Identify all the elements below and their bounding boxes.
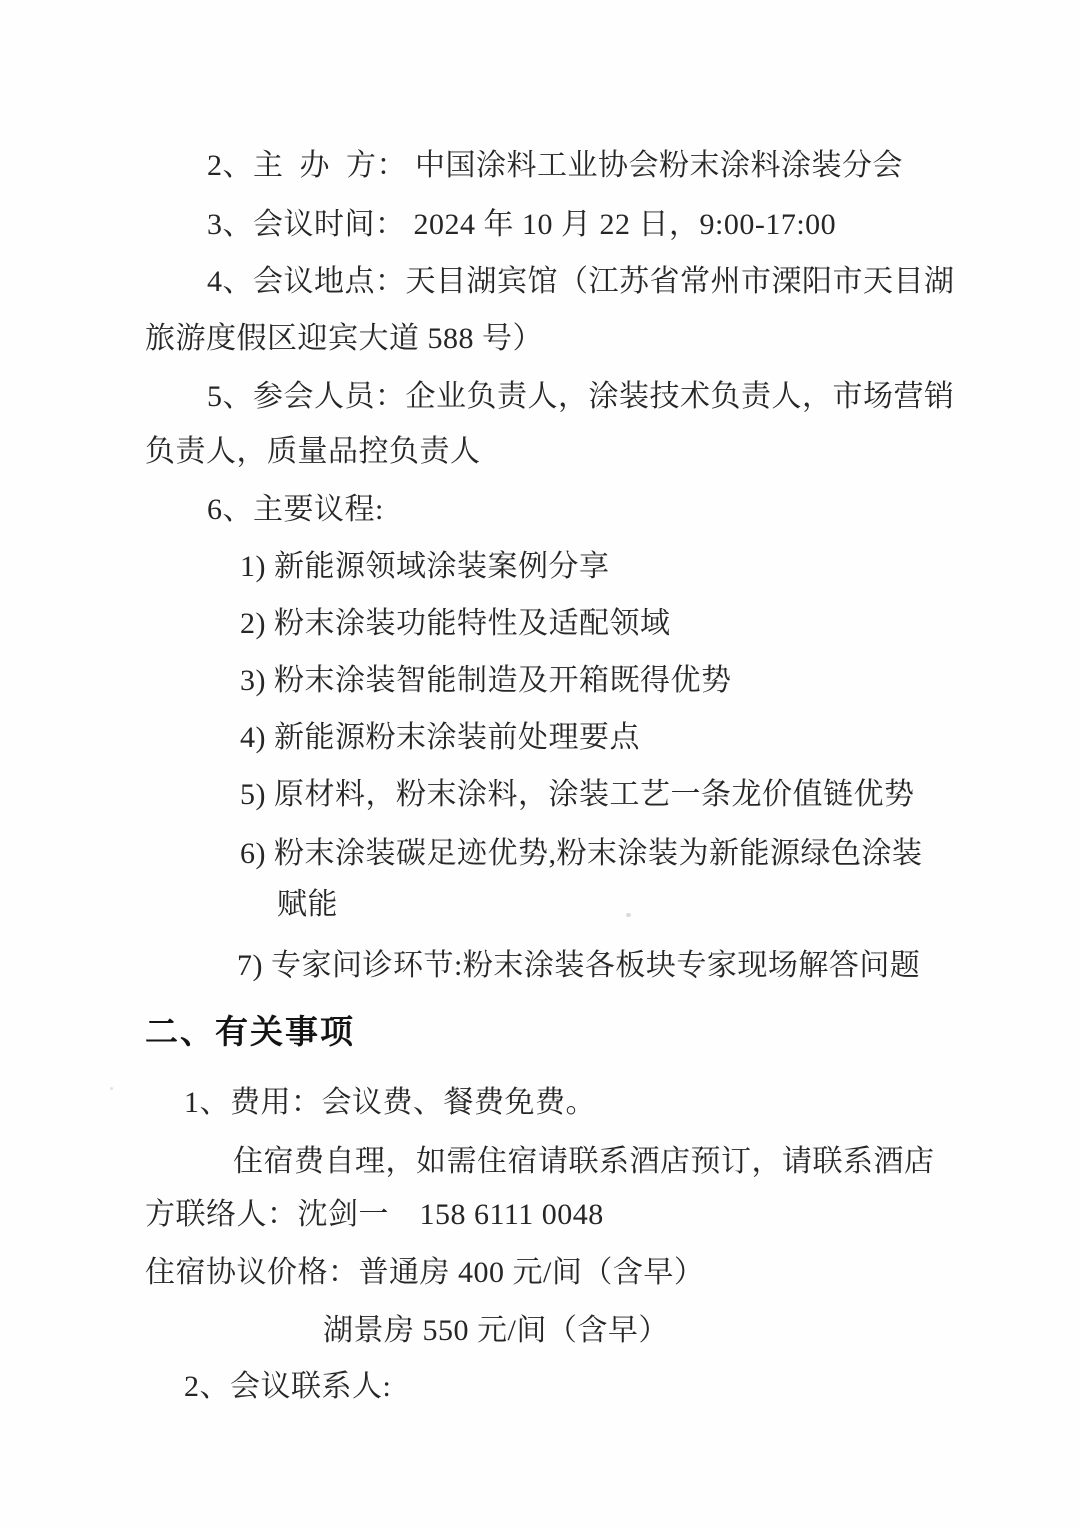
agenda-item-3: 3) 粉末涂装智能制造及开箱既得优势 [240, 666, 732, 696]
agenda-item-5: 5) 原材料，粉末涂料，涂装工艺一条龙价值链优势 [240, 780, 915, 810]
fees-line: 1、费用：会议费、餐费免费。 [184, 1088, 596, 1118]
venue-line-1: 4、会议地点：天目湖宾馆（江苏省常州市溧阳市天目湖 [207, 267, 955, 297]
scan-speck [626, 913, 631, 917]
meeting-time-line: 3、会议时间： 2024 年 10 月 22 日，9:00-17:00 [207, 210, 836, 240]
attendees-line-1: 5、参会人员：企业负责人，涂装技术负责人，市场营销 [207, 382, 955, 412]
agenda-item-7: 7) 专家问诊环节:粉末涂装各板块专家现场解答问题 [237, 951, 920, 981]
agenda-item-6-continuation: 赋能 [277, 890, 338, 920]
agenda-item-1: 1) 新能源领域涂装案例分享 [240, 552, 610, 582]
attendees-line-2: 负责人，质量品控负责人 [145, 437, 481, 467]
agenda-item-4: 4) 新能源粉末涂装前处理要点 [240, 723, 640, 753]
document-page: 2、主 办 方： 中国涂料工业协会粉末涂料涂装分会 3、会议时间： 2024 年… [0, 0, 1080, 1527]
lodging-line-1: 住宿费自理，如需住宿请联系酒店预订，请联系酒店 [233, 1147, 935, 1177]
organizer-line: 2、主 办 方： 中国涂料工业协会粉末涂料涂装分会 [207, 151, 903, 181]
price-standard-line: 住宿协议价格：普通房 400 元/间（含早） [145, 1258, 704, 1288]
scan-speck [110, 1087, 113, 1090]
section2-heading: 二、有关事项 [145, 1015, 355, 1048]
agenda-item-6: 6) 粉末涂装碳足迹优势,粉末涂装为新能源绿色涂装 [240, 839, 923, 869]
agenda-label-line: 6、主要议程: [207, 495, 384, 525]
venue-line-2: 旅游度假区迎宾大道 588 号） [145, 324, 543, 354]
price-lakeview-line: 湖景房 550 元/间（含早） [323, 1316, 669, 1346]
agenda-item-2: 2) 粉末涂装功能特性及适配领域 [240, 609, 671, 639]
lodging-line-2: 方联络人：沈剑一 158 6111 0048 [145, 1200, 604, 1230]
contacts-label-line: 2、会议联系人: [184, 1372, 391, 1402]
